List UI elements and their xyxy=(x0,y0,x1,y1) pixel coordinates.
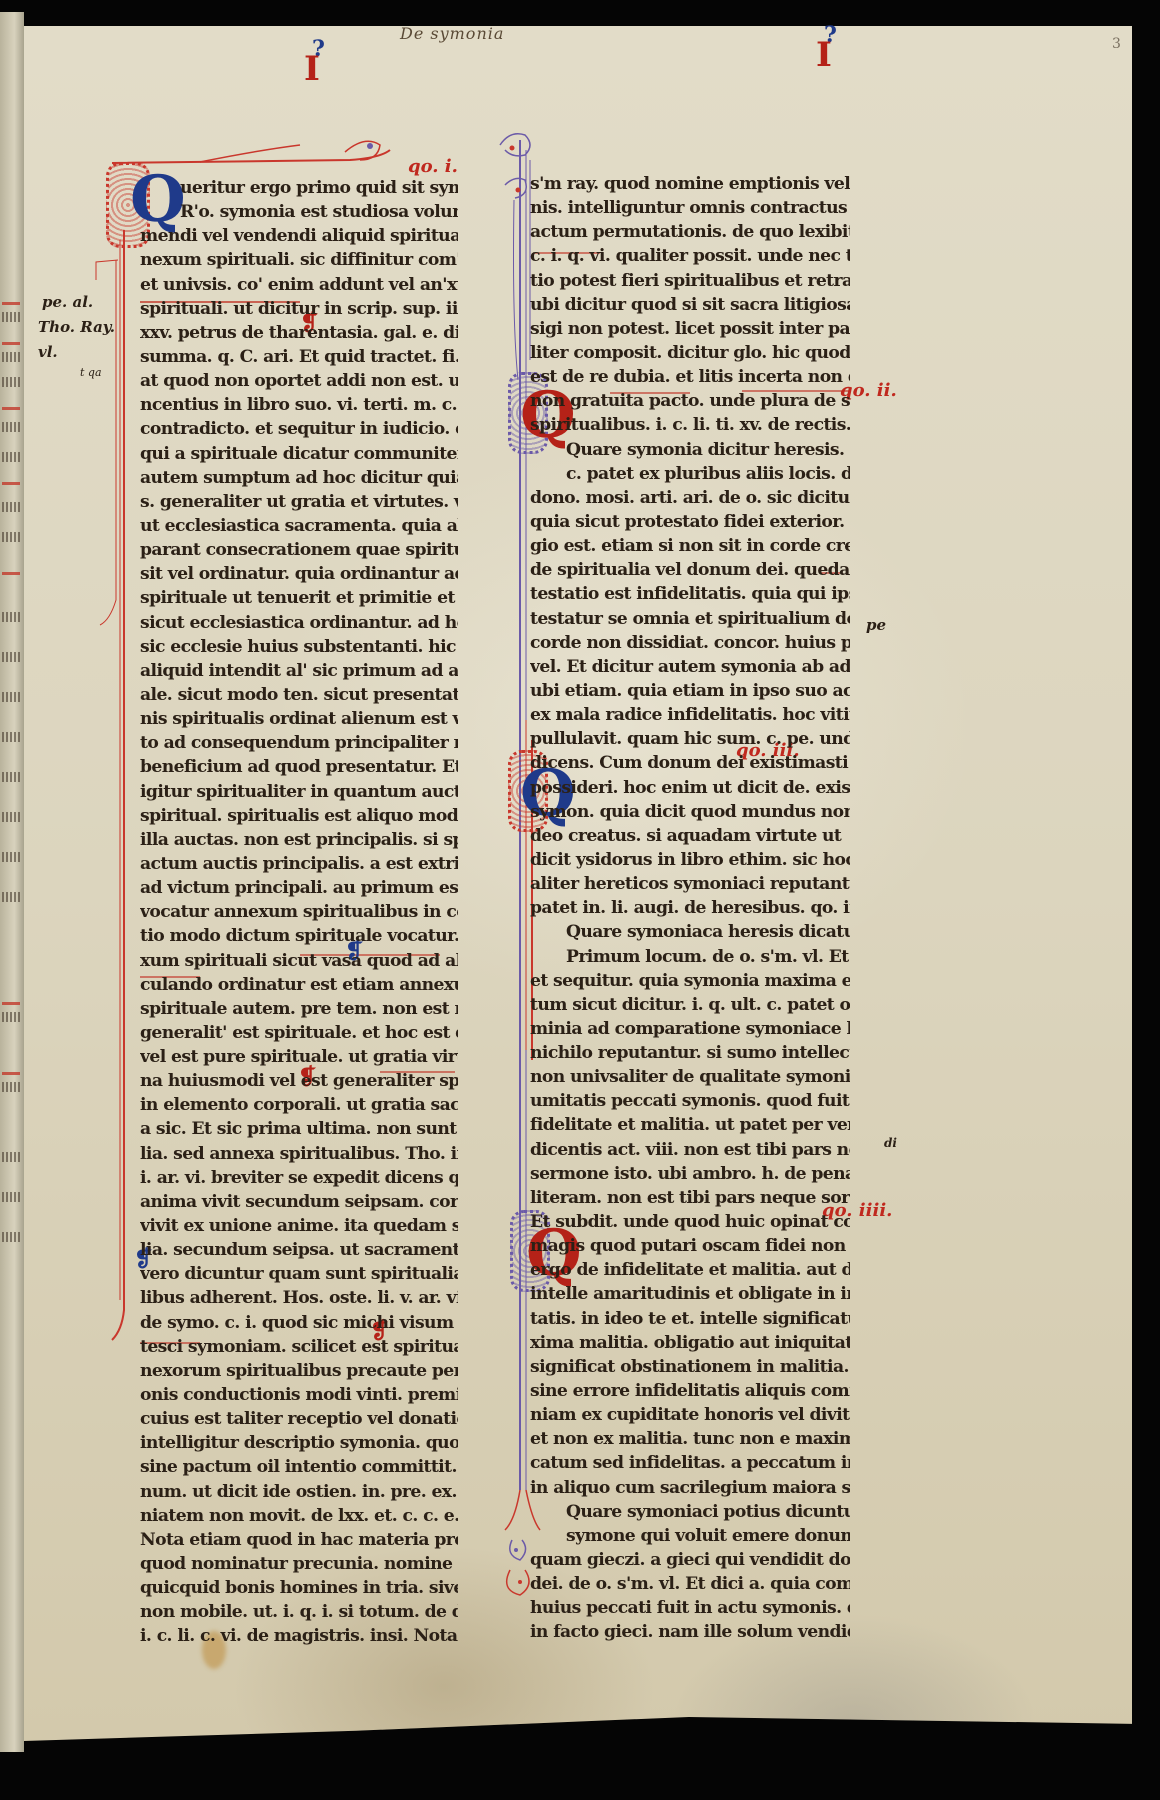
text-column-right: s'm ray. quod nomine emptionis vel vendi… xyxy=(530,172,850,1645)
marginal-note: di xyxy=(884,1136,897,1150)
marginal-gloss: vl. xyxy=(38,343,58,361)
marginal-note: pe xyxy=(866,616,886,634)
text-column-left: ueritur ergo primo quid sit symonia. R'o… xyxy=(140,176,458,1649)
chapter-number: qo. i. xyxy=(408,156,458,177)
marginal-gloss: Tho. Ray. xyxy=(38,318,115,336)
marginal-note-small: t qa xyxy=(80,366,102,379)
marginal-gloss: pe. al. xyxy=(42,293,93,311)
